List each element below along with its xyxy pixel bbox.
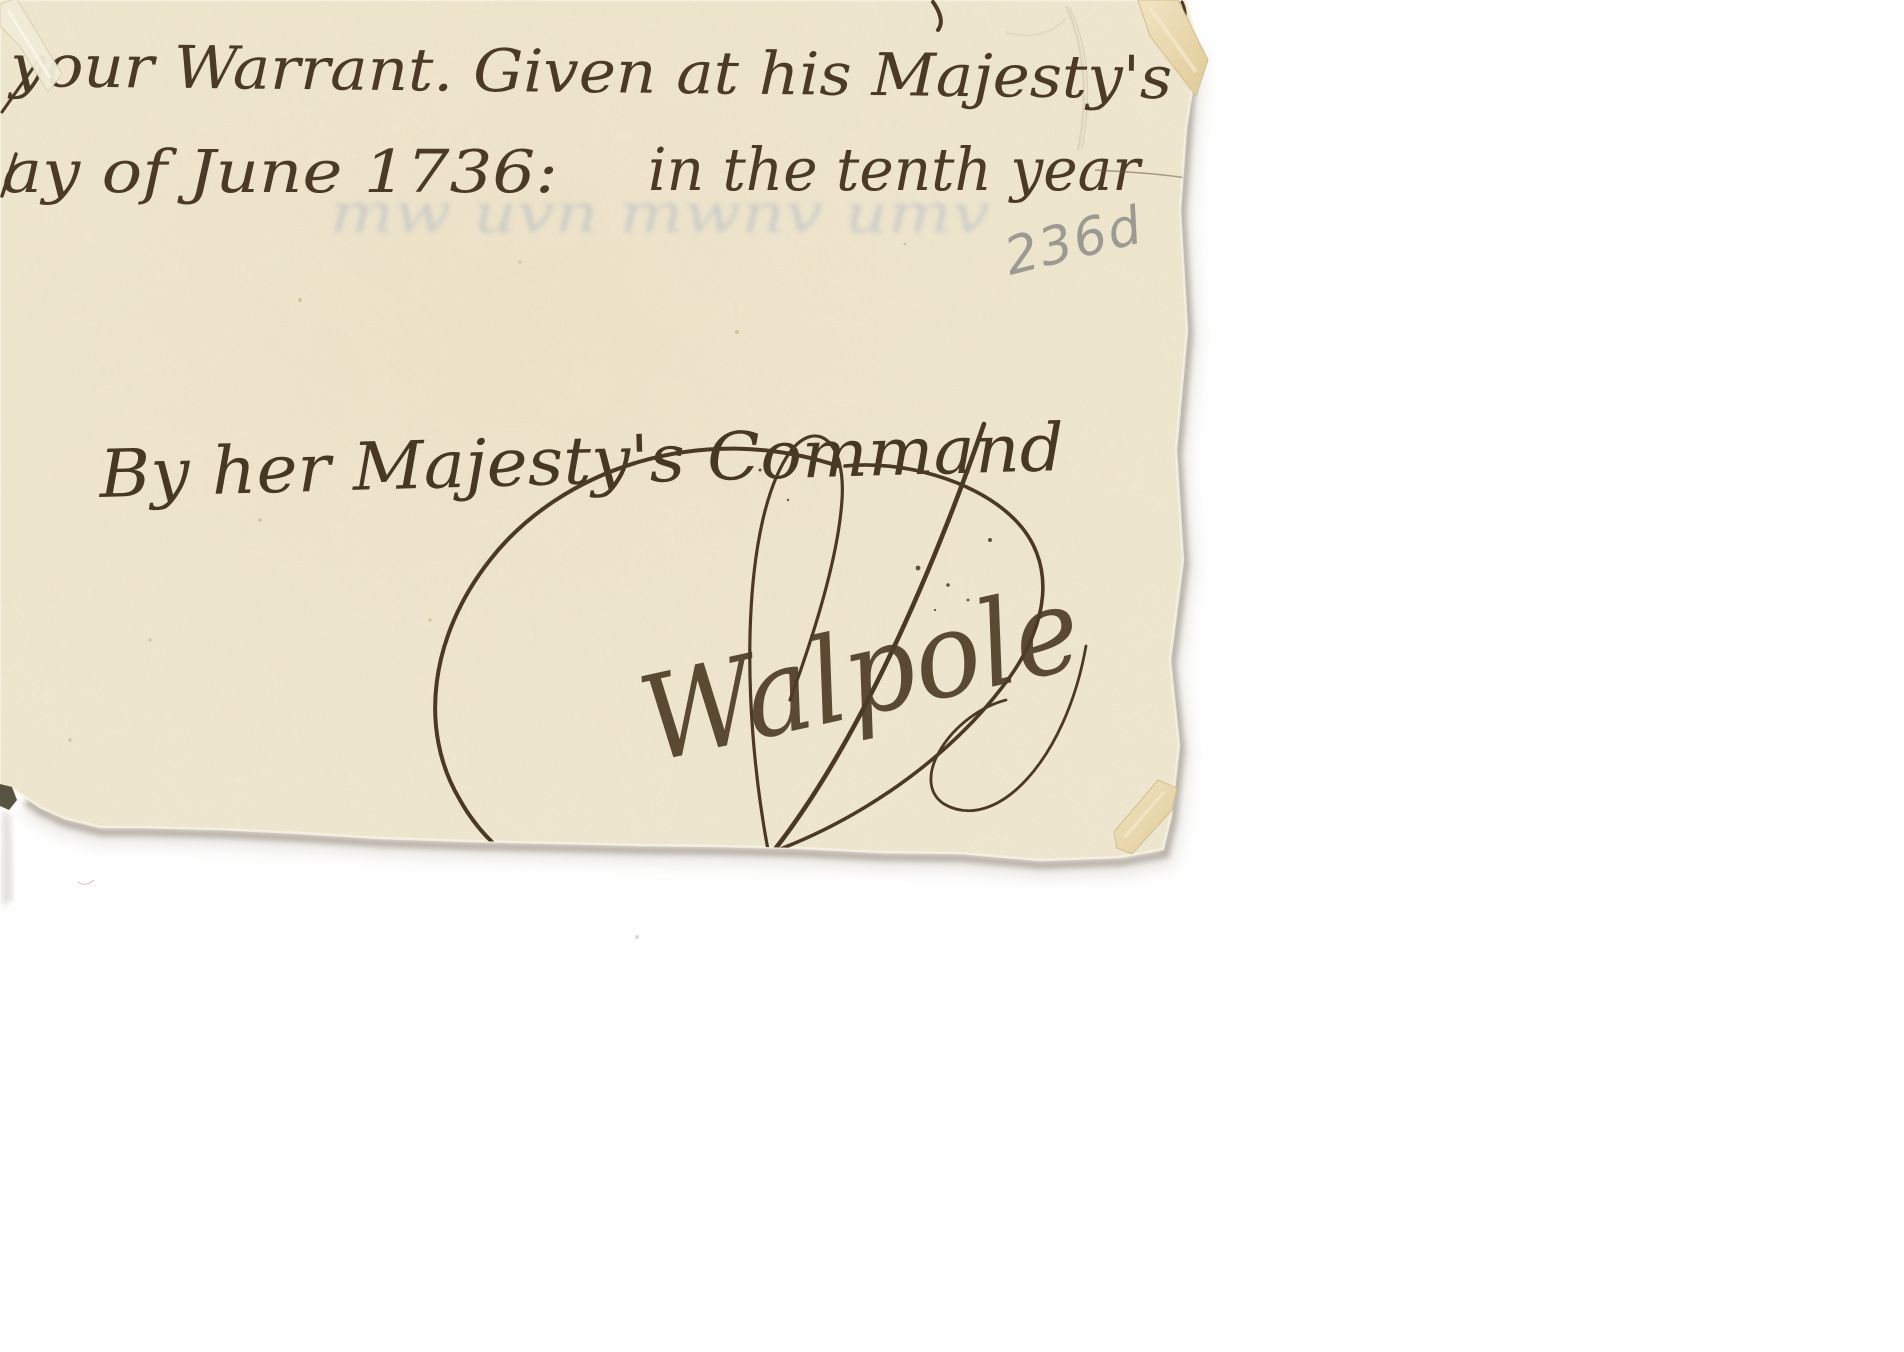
- handwritten-line-2-left: ay of June 1736:: [2, 137, 558, 206]
- handwritten-line-1: your Warrant. Given at his Majesty's: [7, 31, 1173, 112]
- scanned-document-page: mw uvn mwnv umv your Warrant. Given at h…: [0, 0, 1904, 1352]
- handwritten-line-2-right: in the tenth year: [648, 135, 1144, 204]
- manuscript-scan: mw uvn mwnv umv your Warrant. Given at h…: [0, 0, 1904, 1352]
